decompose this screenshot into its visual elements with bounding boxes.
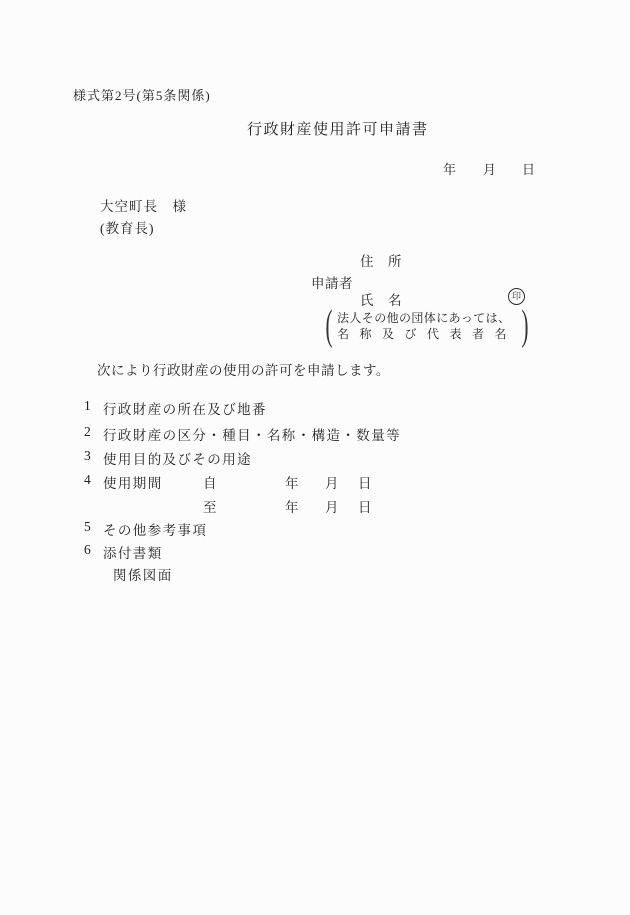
application-form-page: 様式第2号(第5条関係) 行政財産使用許可申請書 年 月 日 大空町長 様 (教… <box>0 0 630 915</box>
item-label: 使用目的及びその用途 <box>103 448 252 468</box>
form-number: 様式第2号(第5条関係) <box>73 85 211 104</box>
list-item-4-to: 至 年 月 日 <box>84 496 564 516</box>
declaration-text: 次により行政財産の使用の許可を申請します。 <box>97 359 390 379</box>
item-number: 6 <box>84 542 91 558</box>
attachment-label: 関係図面 <box>113 564 173 584</box>
corporate-note-line2: 名称及び代表者名 <box>337 326 517 342</box>
addressee-sub: (教育長) <box>100 218 187 240</box>
seal-mark-text: 印 <box>512 292 521 301</box>
date-line: 年 月 日 <box>443 159 553 177</box>
date-day-label: 日 <box>522 159 535 178</box>
list-item-4-from: 4 使用期間 自 年 月 日 <box>84 472 564 492</box>
addressee-block: 大空町長 様 (教育長) <box>100 196 187 240</box>
item-label: 添付書類 <box>103 542 163 562</box>
applicant-label: 申請者 <box>311 272 353 292</box>
item-label: 使用期間 <box>103 472 163 492</box>
item-label: 行政財産の区分・種目・名称・構造・数量等 <box>103 424 401 444</box>
period-year-label: 年 <box>285 496 300 516</box>
period-month-label: 月 <box>325 472 340 492</box>
list-item-3: 3 使用目的及びその用途 <box>84 448 564 468</box>
period-year-label: 年 <box>285 472 300 492</box>
applicant-name-label: 氏 名 <box>360 289 402 309</box>
period-day-label: 日 <box>358 496 373 516</box>
corporate-note-line1: 法人その他の団体にあっては、 <box>337 310 517 326</box>
item-number: 2 <box>84 424 91 440</box>
applicant-address-label: 住 所 <box>360 250 402 270</box>
page-title: 行政財産使用許可申請書 <box>247 118 429 139</box>
corporate-note: ( 法人その他の団体にあっては、 名称及び代表者名 ) <box>322 307 532 345</box>
addressee-name: 大空町長 様 <box>100 196 187 218</box>
list-item-2: 2 行政財産の区分・種目・名称・構造・数量等 <box>84 424 564 444</box>
period-day-label: 日 <box>358 472 373 492</box>
item-label: 行政財産の所在及び地番 <box>103 398 267 418</box>
item-number: 1 <box>84 398 91 414</box>
list-item-5: 5 その他参考事項 <box>84 519 564 539</box>
list-item-6-attachment: 関係図面 <box>84 564 564 584</box>
date-year-label: 年 <box>443 159 456 178</box>
period-from-label: 自 <box>203 472 218 492</box>
item-label: その他参考事項 <box>103 519 207 539</box>
date-month-label: 月 <box>483 159 496 178</box>
period-to-label: 至 <box>203 496 218 516</box>
list-item-1: 1 行政財産の所在及び地番 <box>84 398 564 418</box>
item-number: 5 <box>84 519 91 535</box>
period-month-label: 月 <box>325 496 340 516</box>
corporate-note-lines: 法人その他の団体にあっては、 名称及び代表者名 <box>336 310 518 342</box>
item-list: 1 行政財産の所在及び地番 2 行政財産の区分・種目・名称・構造・数量等 3 使… <box>84 398 564 593</box>
open-paren: ( <box>326 307 333 345</box>
list-item-6: 6 添付書類 <box>84 542 564 562</box>
close-paren: ) <box>522 307 529 345</box>
item-number: 3 <box>84 448 91 464</box>
item-number: 4 <box>84 472 91 488</box>
